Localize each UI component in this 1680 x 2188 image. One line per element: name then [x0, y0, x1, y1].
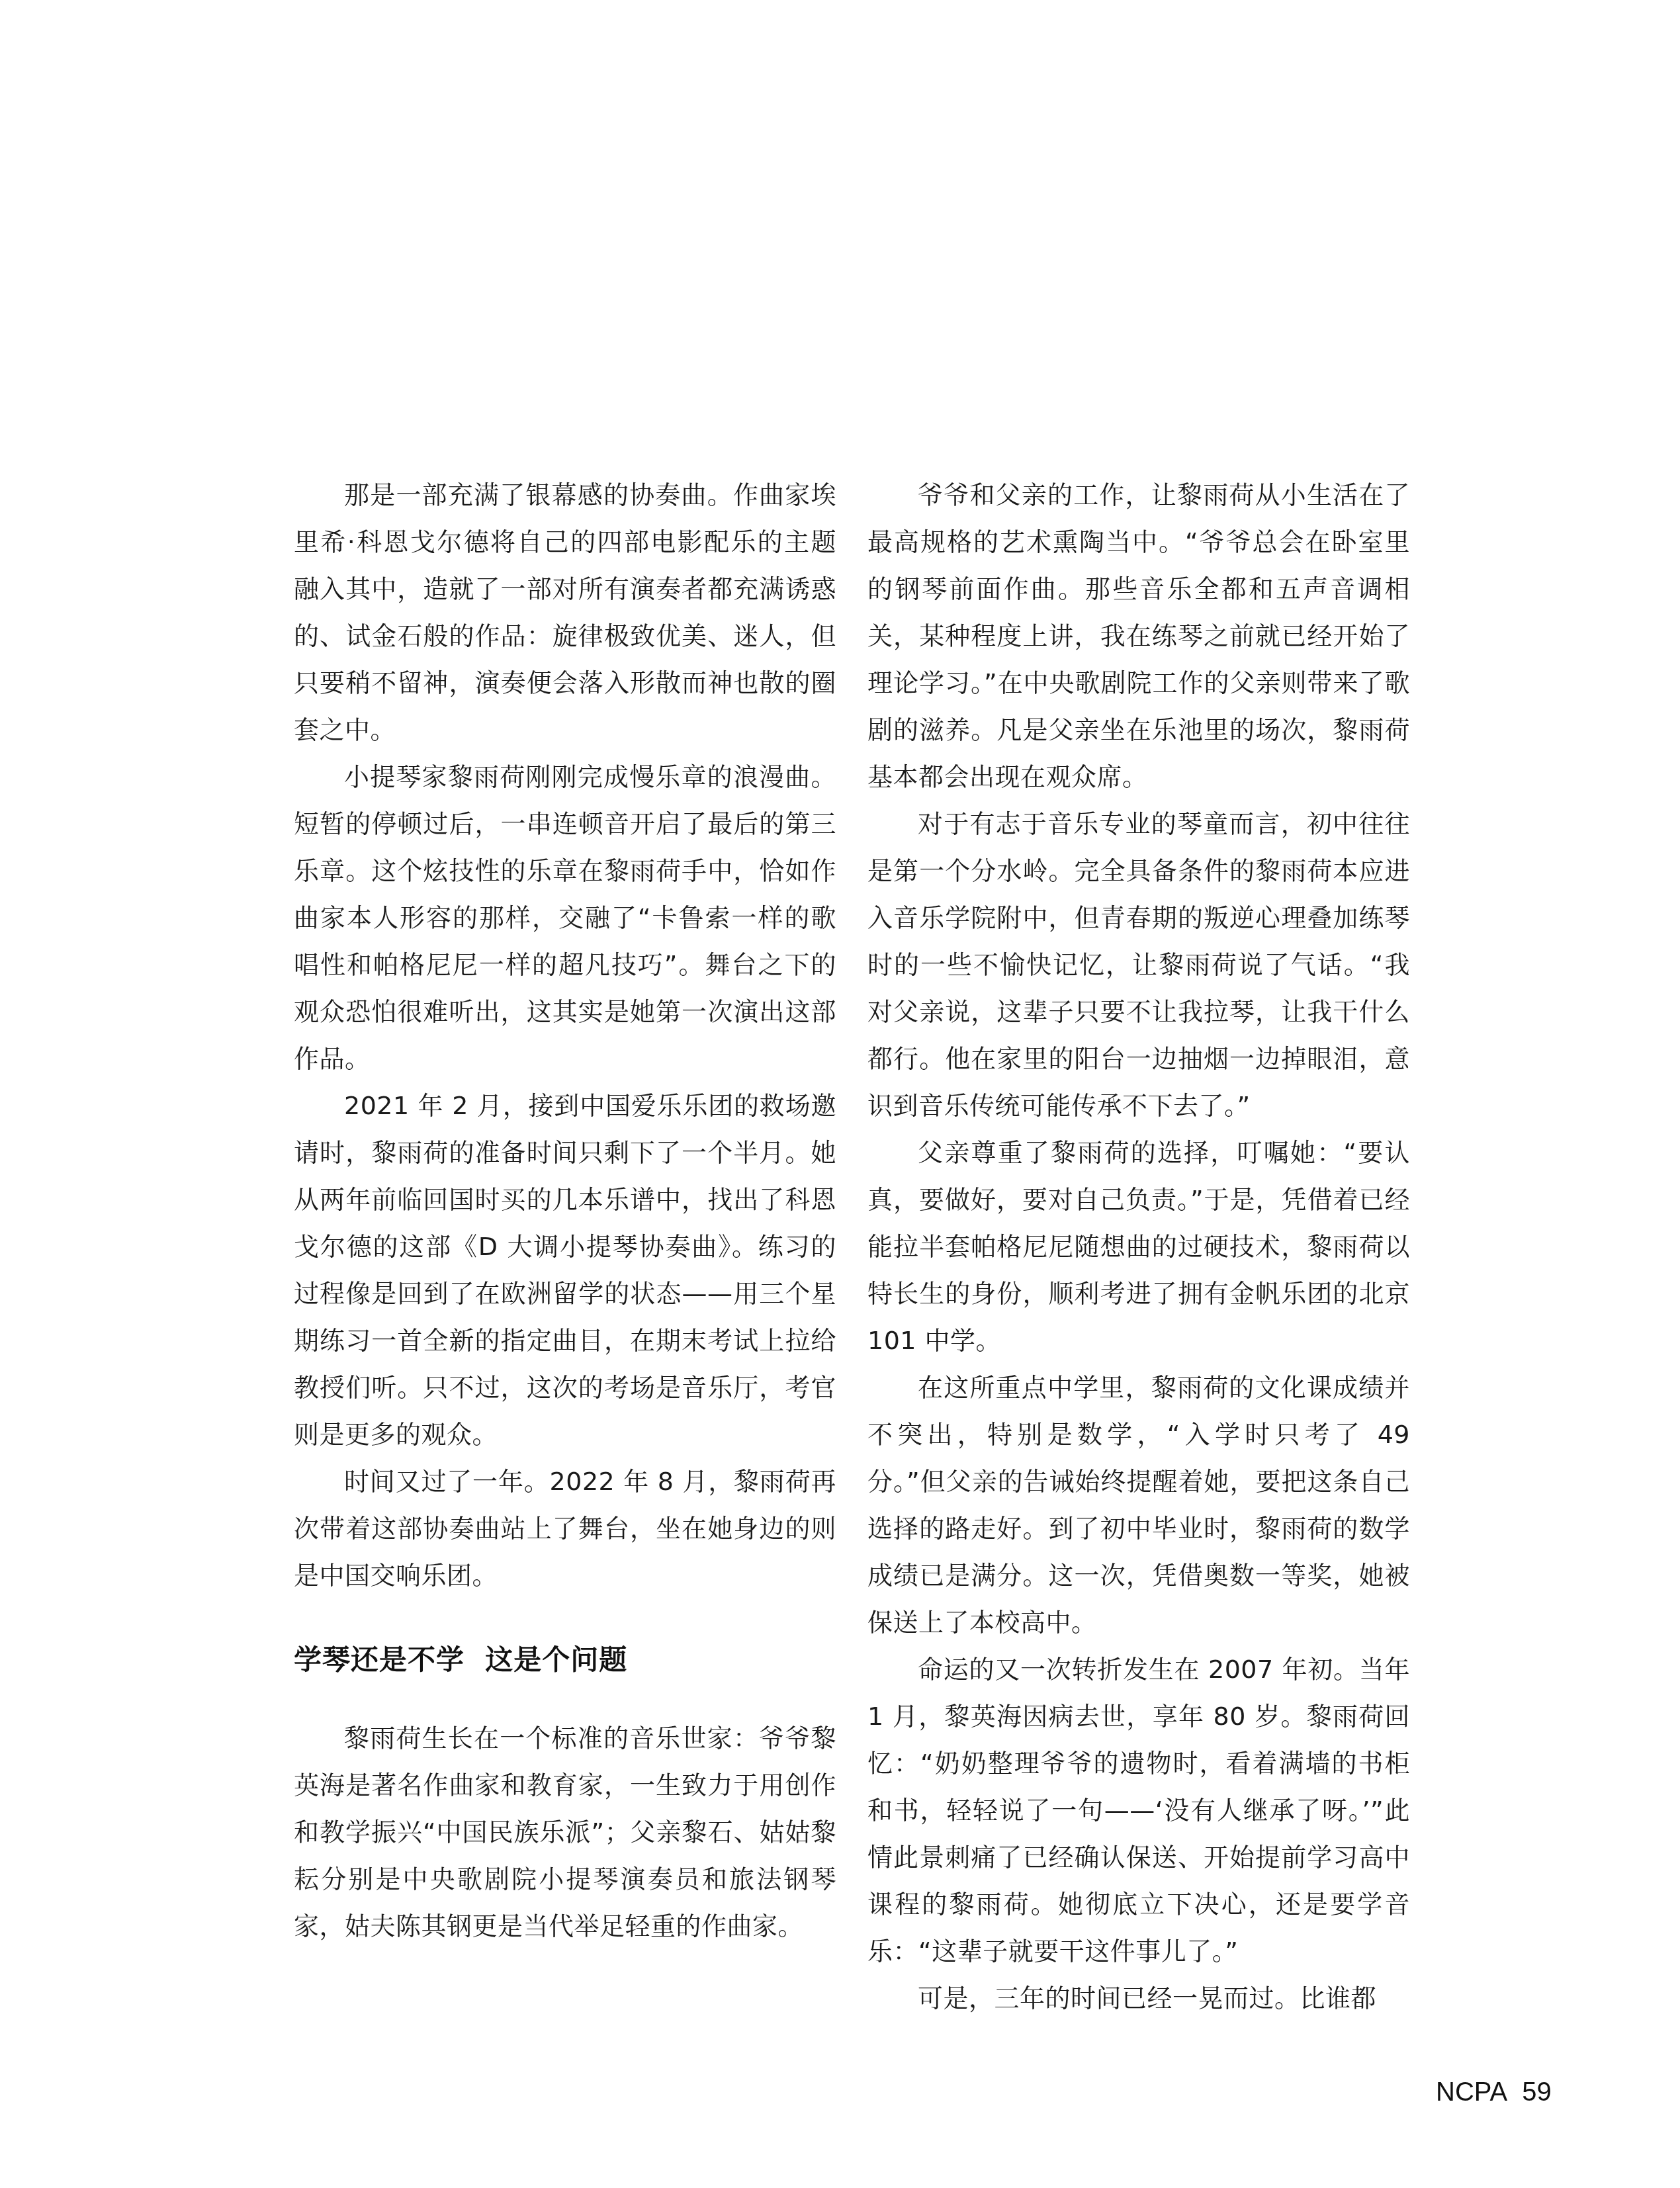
paragraph: 时间又过了一年。2022 年 8 月，黎雨荷再次带着这部协奏曲站上了舞台，坐在她… — [294, 1458, 836, 1599]
paragraph: 可是，三年的时间已经一晃而过。比谁都 — [867, 1975, 1410, 2022]
page-number: 59 — [1522, 2078, 1552, 2107]
section-heading: 学琴还是不学 这是个问题 — [294, 1636, 836, 1683]
paragraph: 2021 年 2 月，接到中国爱乐乐团的救场邀请时，黎雨荷的准备时间只剩下了一个… — [294, 1082, 836, 1458]
paragraph: 那是一部充满了银幕感的协奏曲。作曲家埃里希·科恩戈尔德将自己的四部电影配乐的主题… — [294, 472, 836, 754]
paragraph: 对于有志于音乐专业的琴童而言，初中往往是第一个分水岭。完全具备条件的黎雨荷本应进… — [867, 801, 1410, 1129]
paragraph: 爷爷和父亲的工作，让黎雨荷从小生活在了最高规格的艺术熏陶当中。“爷爷总会在卧室里… — [867, 472, 1410, 801]
left-column: 那是一部充满了银幕感的协奏曲。作曲家埃里希·科恩戈尔德将自己的四部电影配乐的主题… — [294, 472, 836, 1950]
page-footer: NCPA59 — [1436, 2078, 1552, 2107]
paragraph: 命运的又一次转折发生在 2007 年初。当年 1 月，黎英海因病去世，享年 80… — [867, 1646, 1410, 1975]
right-column: 爷爷和父亲的工作，让黎雨荷从小生活在了最高规格的艺术熏陶当中。“爷爷总会在卧室里… — [867, 472, 1410, 2022]
publication-name: NCPA — [1436, 2078, 1507, 2107]
paragraph: 父亲尊重了黎雨荷的选择，叮嘱她：“要认真，要做好，要对自己负责。”于是，凭借着已… — [867, 1129, 1410, 1364]
paragraph: 黎雨荷生长在一个标准的音乐世家：爷爷黎英海是著名作曲家和教育家，一生致力于用创作… — [294, 1715, 836, 1950]
paragraph: 在这所重点中学里，黎雨荷的文化课成绩并不突出，特别是数学，“入学时只考了 49 … — [867, 1364, 1410, 1646]
paragraph: 小提琴家黎雨荷刚刚完成慢乐章的浪漫曲。短暂的停顿过后，一串连顿音开启了最后的第三… — [294, 754, 836, 1082]
